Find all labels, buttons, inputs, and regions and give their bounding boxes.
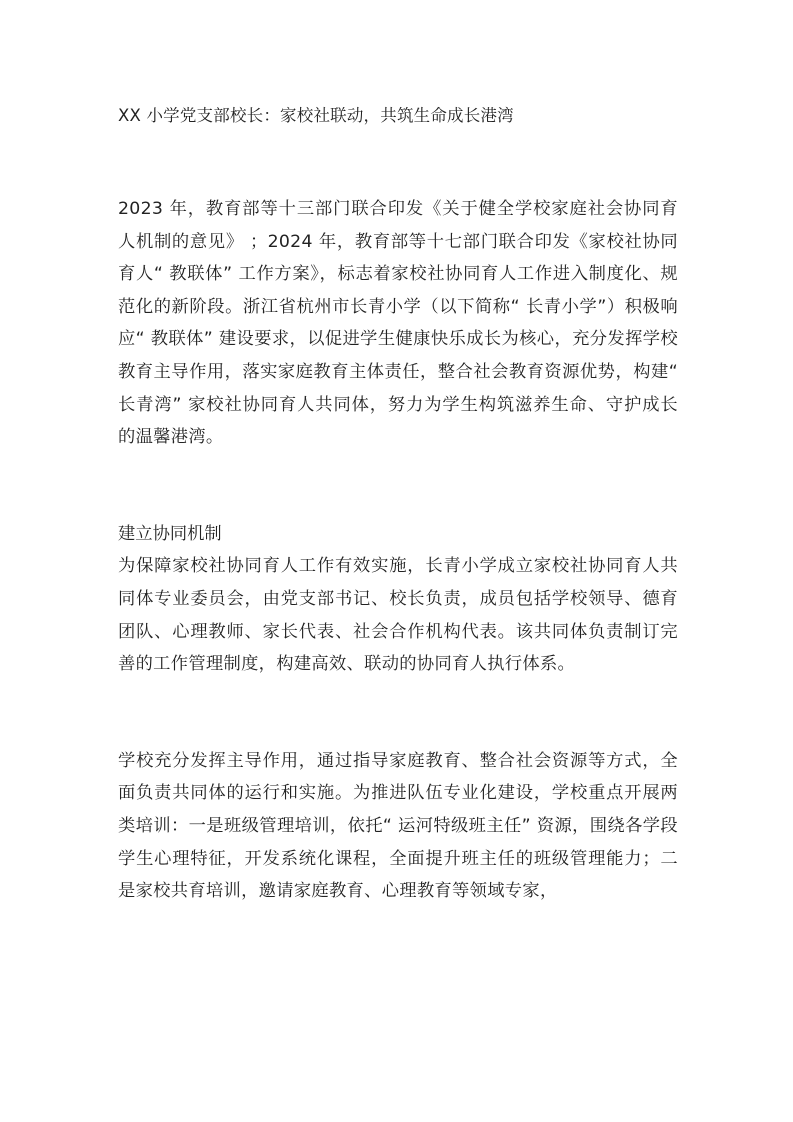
spacer: [118, 486, 678, 518]
intro-paragraph: 2023 年，教育部等十三部门联合印发《关于健全学校家庭社会协同育人机制的意见》…: [118, 193, 678, 454]
spacer: [118, 454, 678, 486]
spacer: [118, 681, 678, 713]
section-heading: 建立协同机制: [118, 518, 678, 551]
spacer: [118, 713, 678, 745]
spacer: [118, 129, 678, 193]
document-page: XX 小学党支部校长：家校社联动，共筑生命成长港湾 2023 年，教育部等十三部…: [118, 103, 678, 908]
section-paragraph-1: 为保障家校社协同育人工作有效实施，长青小学成立家校社协同育人共同体专业委员会，由…: [118, 550, 678, 680]
document-title: XX 小学党支部校长：家校社联动，共筑生命成长港湾: [118, 103, 678, 129]
section-paragraph-2: 学校充分发挥主导作用，通过指导家庭教育、整合社会资源等方式，全面负责共同体的运行…: [118, 745, 678, 908]
